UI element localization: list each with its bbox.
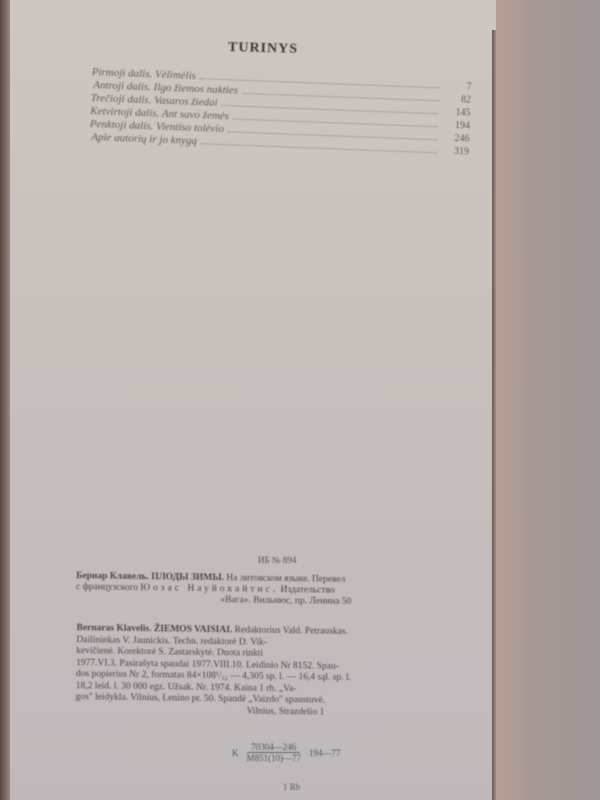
price: 1 Rb bbox=[283, 782, 300, 792]
colophon-russian: Бернар Клавель. ПЛОДЫ ЗИМЫ. На литовском… bbox=[76, 571, 496, 610]
table-of-contents: Pirmoji dalis. Vėlimėlis7 Antroji dalis.… bbox=[89, 66, 472, 159]
index-fraction: 70304—246 M851(10)—77 bbox=[247, 742, 302, 763]
background-surface bbox=[496, 0, 600, 800]
ib-number: ИБ № 894 bbox=[258, 555, 296, 565]
colophon-lithuanian: Bernaras Klavelis. ŽIEMOS VAISIAI. Redak… bbox=[75, 623, 496, 721]
catalog-index: K 70304—246 M851(10)—77 194—77 bbox=[232, 742, 341, 763]
